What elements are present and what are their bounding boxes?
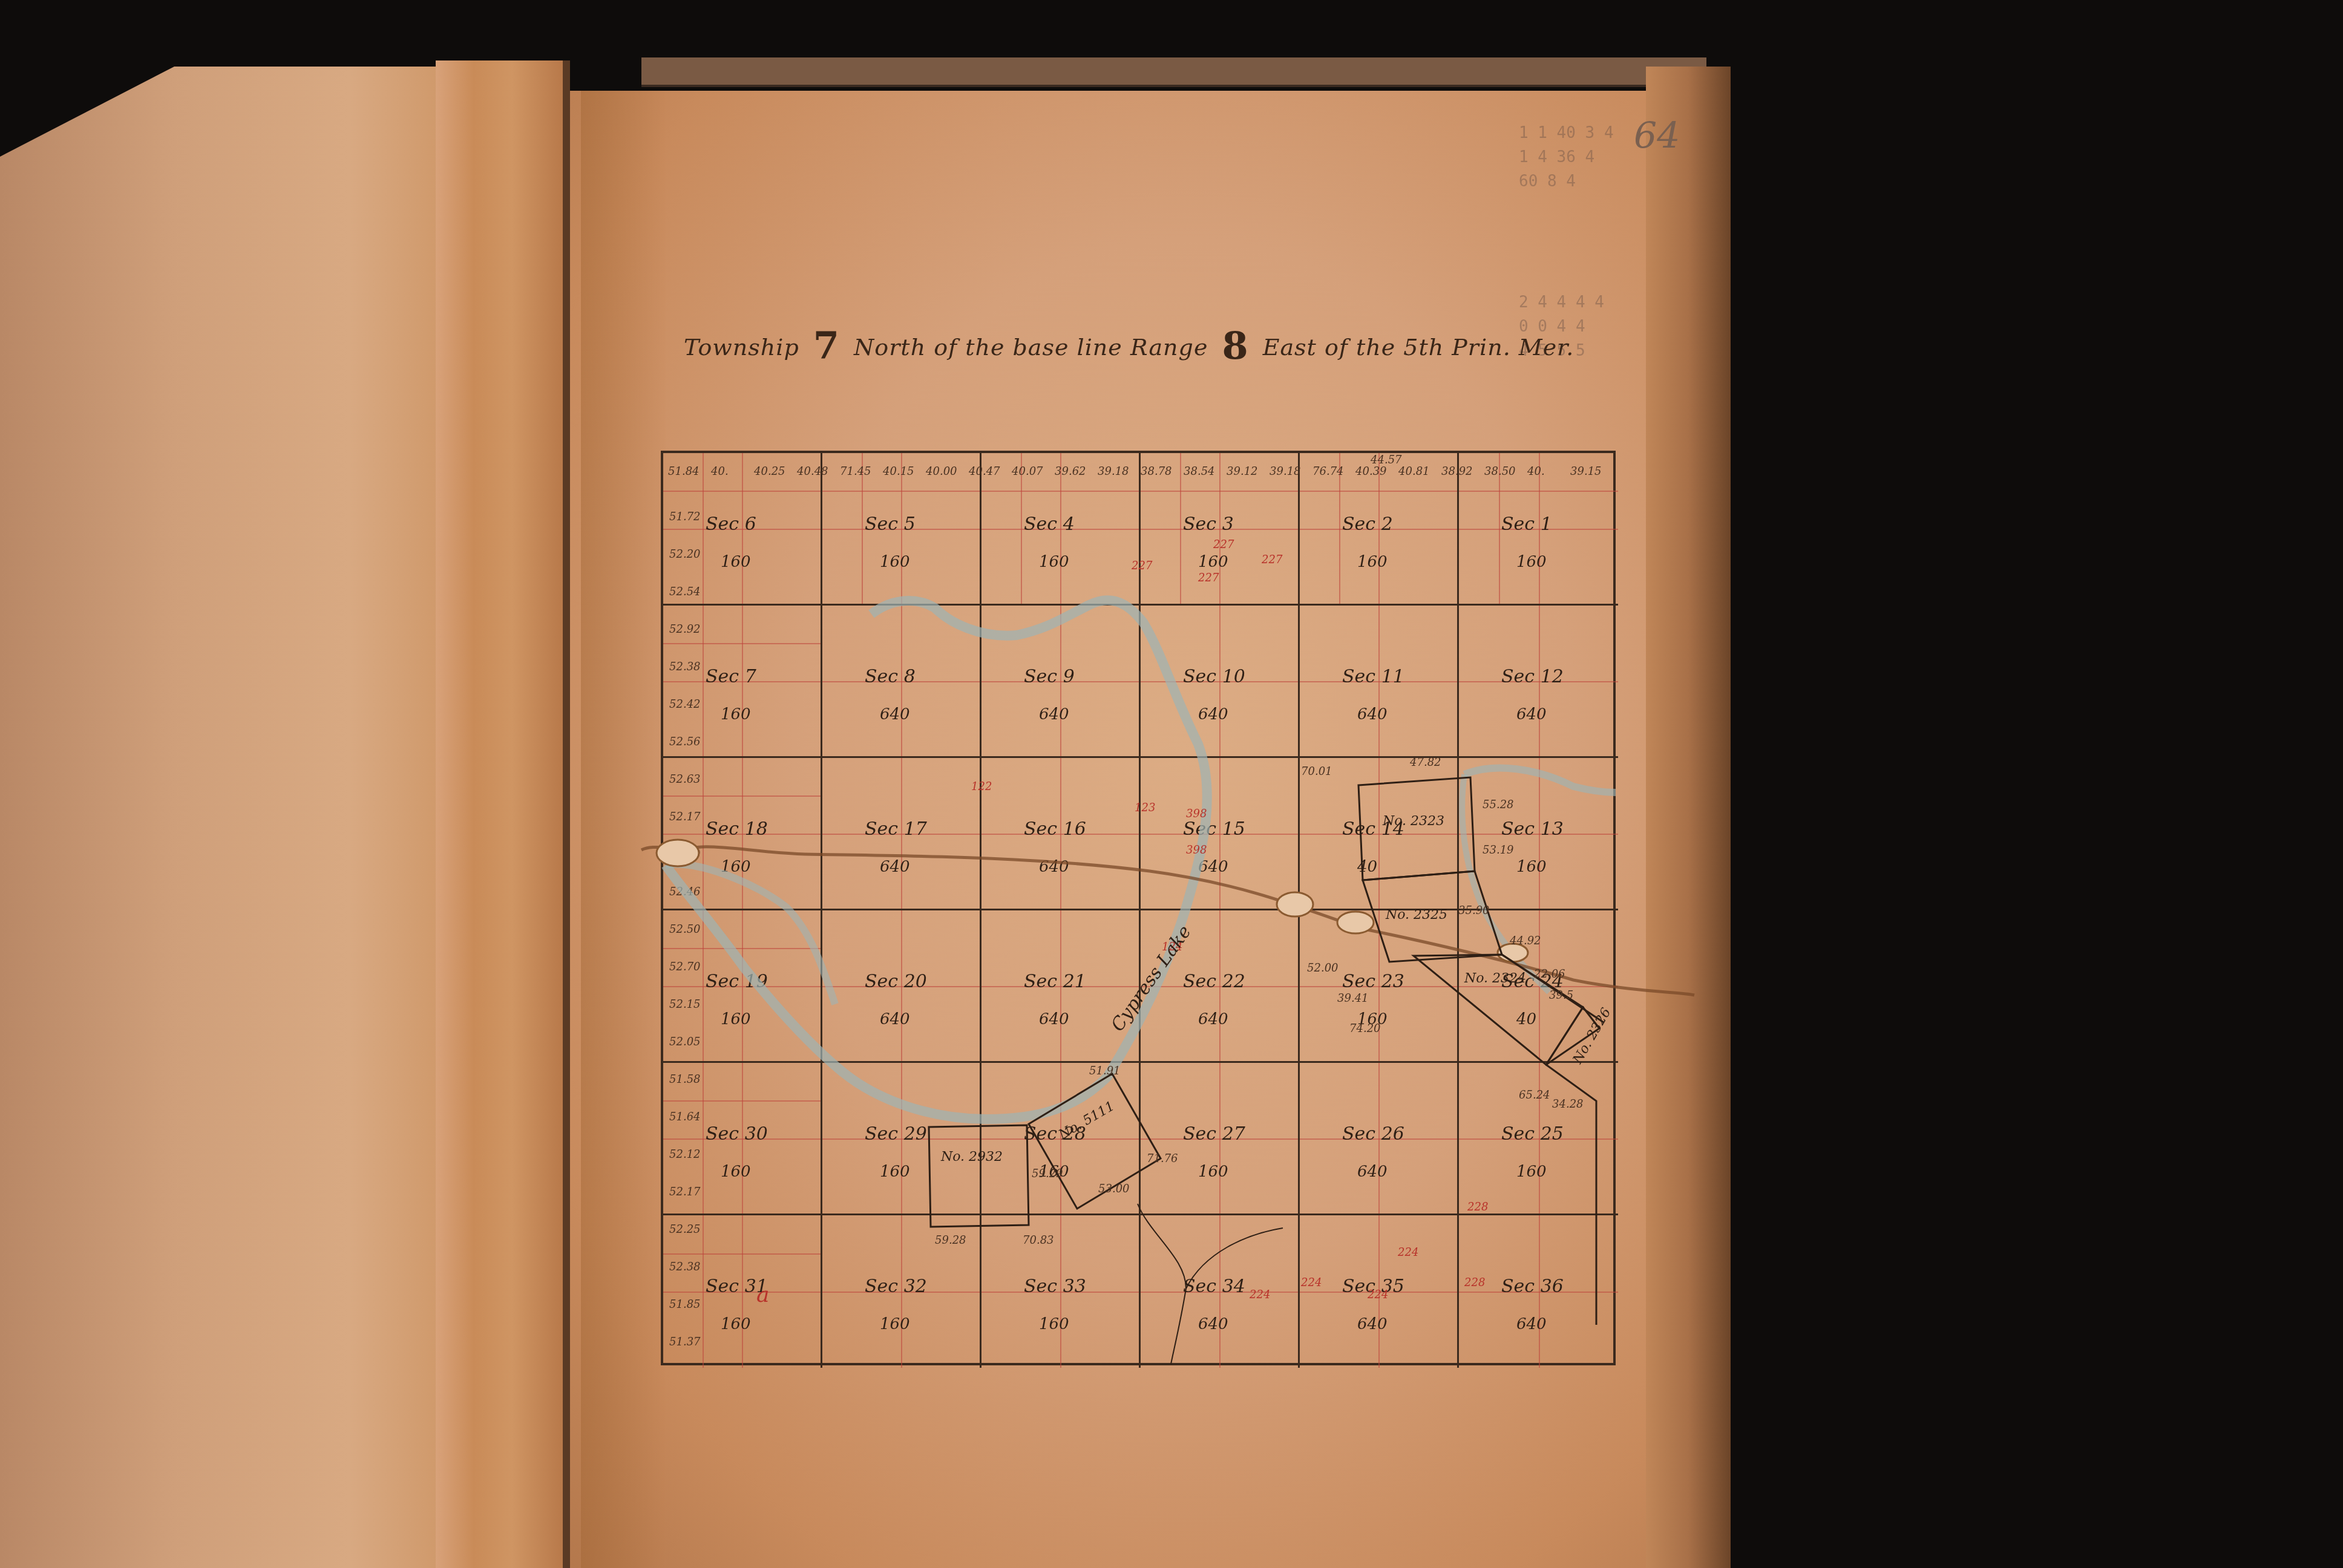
claim-acreage: 52.00 — [1307, 962, 1339, 975]
claim-acreage: 35.90 — [1458, 904, 1490, 917]
red-ink-annotation: 227 — [1198, 572, 1219, 584]
red-ink-annotation: 224 — [1398, 1246, 1418, 1259]
private-claim-label: No. 2324 — [1464, 971, 1526, 986]
claim-acreage: 53.00 — [1098, 1183, 1130, 1195]
red-ink-annotation: 122 — [971, 780, 992, 793]
red-ink-annotation: 227 — [1262, 554, 1282, 566]
red-ink-annotation: 123 — [1135, 802, 1155, 814]
red-ink-annotation: 228 — [1464, 1276, 1485, 1289]
claim-acreage: 71.76 — [1147, 1152, 1178, 1165]
red-ink-annotation: 227 — [1213, 538, 1234, 551]
claim-acreage: 47.82 — [1410, 756, 1441, 769]
private-claim-label: No. 2323 — [1383, 814, 1444, 829]
claim-acreage: 70.01 — [1301, 765, 1332, 778]
map-overlay — [0, 0, 2343, 1568]
claim-2323 — [1358, 777, 1475, 880]
claim-2932 — [929, 1125, 1029, 1227]
claim-acreage: 55.28 — [1483, 799, 1514, 811]
claim-acreage: 39.41 — [1337, 992, 1369, 1005]
claim-acreage: 70.83 — [1023, 1234, 1054, 1247]
stream-south — [1138, 1204, 1186, 1364]
claim-acreage: 59.28 — [935, 1234, 966, 1247]
claim-acreage: 53.19 — [1483, 844, 1514, 857]
claim-acreage: 44.57 — [1371, 454, 1402, 466]
creek-east — [1464, 768, 1616, 792]
claim-acreage: 65.24 — [1519, 1089, 1550, 1102]
claim-acreage: 74.20 — [1349, 1022, 1381, 1035]
red-ink-annotation: 398 — [1186, 808, 1207, 820]
private-claim-label: No. 2325 — [1386, 907, 1447, 923]
red-ink-annotation: 227 — [1132, 560, 1152, 572]
claim-acreage: 59.29 — [1032, 1168, 1063, 1180]
red-ink-annotation: 224 — [1250, 1289, 1270, 1301]
cypress-lake-outline — [666, 600, 1207, 1119]
claim-acreage: 34.28 — [1552, 1098, 1584, 1111]
claim-acreage: 22.06 — [1534, 968, 1565, 981]
red-ink-annotation: a — [756, 1282, 769, 1307]
claim-acreage: 39.5 — [1549, 989, 1573, 1002]
red-ink-annotation: 228 — [1467, 1201, 1488, 1214]
red-ink-annotation: 398 — [1186, 844, 1207, 857]
red-ink-annotation: 224 — [1301, 1276, 1322, 1289]
red-ink-annotation: 224 — [1368, 1289, 1388, 1301]
claim-acreage: 44.92 — [1510, 935, 1541, 947]
claim-acreage: 51.91 — [1089, 1065, 1121, 1077]
private-claim-label: No. 2932 — [941, 1149, 1003, 1165]
